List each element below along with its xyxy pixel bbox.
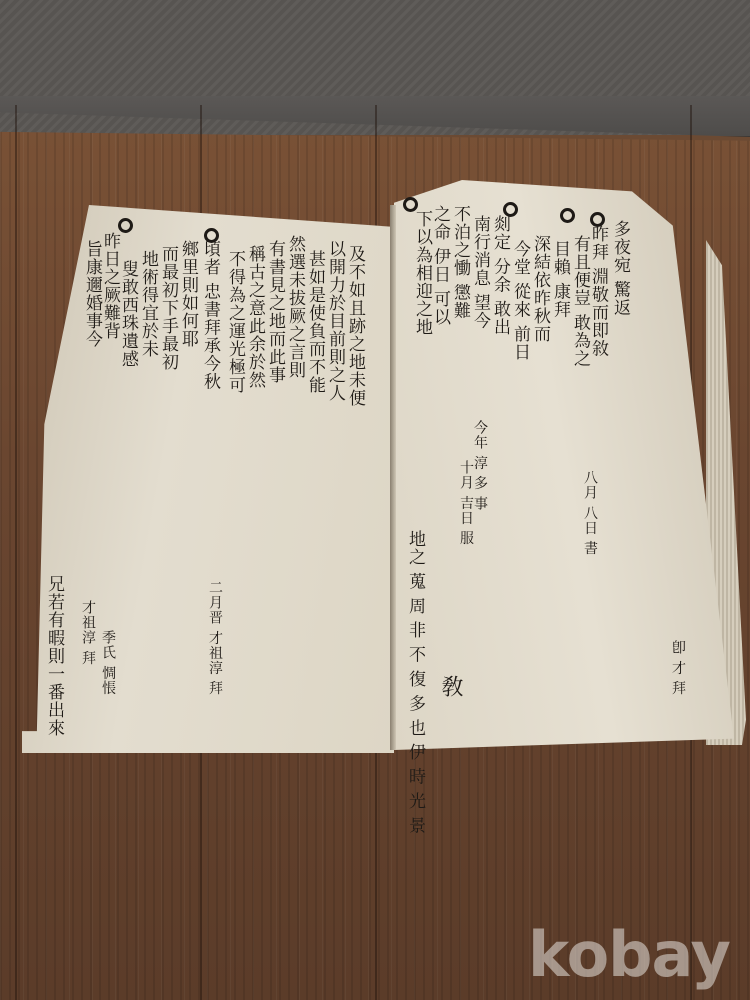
text-column: 十月 吉日 服 <box>456 460 476 546</box>
text-column: 叟敢西珠遺感 <box>118 260 138 368</box>
text-column: 下以為相迎之地 <box>412 210 432 336</box>
text-column: 地術得宜於未 <box>138 250 158 358</box>
text-column: 頃者 忠書拜承今秋 <box>200 240 220 390</box>
text-column: 稱古之意此余於然 <box>245 245 265 389</box>
text-column: 甚如是使負而不能 <box>305 250 325 394</box>
kobay-watermark: kobay <box>528 918 730 991</box>
text-column: 以開力於目前則之人 <box>325 240 345 402</box>
text-column: 昨拜 淵敬而即敘 <box>588 225 608 357</box>
signature-note: 季氏 惆悵 <box>98 630 118 695</box>
text-column: 南行消息 望今 <box>470 215 490 329</box>
text-column: 深結依昨秋而 <box>530 235 550 343</box>
text-column: 剡定 分余 敢出 <box>490 215 510 336</box>
text-column: 不泊之慟 懲難 <box>450 205 470 319</box>
text-column: 昨日之厥難背 <box>100 232 120 340</box>
text-column: 鄉里則如何耶 <box>178 240 198 348</box>
wood-plank-seam <box>15 105 17 1000</box>
text-column: 有書見之地而此事 <box>265 240 285 384</box>
text-column: 不得為之運光極可 <box>225 250 245 394</box>
signature-note: 二月晋 才祖淳 拜 <box>205 580 225 696</box>
text-column: 地之 蒐 周 非 不 復 多 也 伊 時 光 景 <box>405 530 425 834</box>
text-column: 多夜宛 驚返 <box>610 220 630 316</box>
signature-note: 卽 才 拜 <box>668 640 688 696</box>
signature-note: 才祖淳 拜 <box>78 600 98 665</box>
text-column: 而最初下手最初 <box>158 245 178 371</box>
signature-note: 敎 <box>440 675 460 698</box>
text-column: 旨康邇婚事今 <box>82 240 102 348</box>
text-column: 然選未拔厥之言則 <box>285 235 305 379</box>
text-column: 兄若有暇則一番出來 <box>44 575 64 737</box>
text-column: 及不如且跡之地未便 <box>345 245 365 407</box>
signature-note: 八月 八日 書 <box>580 470 600 556</box>
text-column: 目賴 康拜 <box>550 240 570 318</box>
text-column: 之命 伊日 可以 <box>430 205 450 326</box>
section-mark-icon <box>560 208 575 223</box>
text-column: 有且便豈 敢為之 <box>570 235 590 367</box>
book-spine <box>390 205 396 750</box>
section-mark-icon <box>118 218 133 233</box>
text-column: 今堂 從來 前日 <box>510 240 530 361</box>
